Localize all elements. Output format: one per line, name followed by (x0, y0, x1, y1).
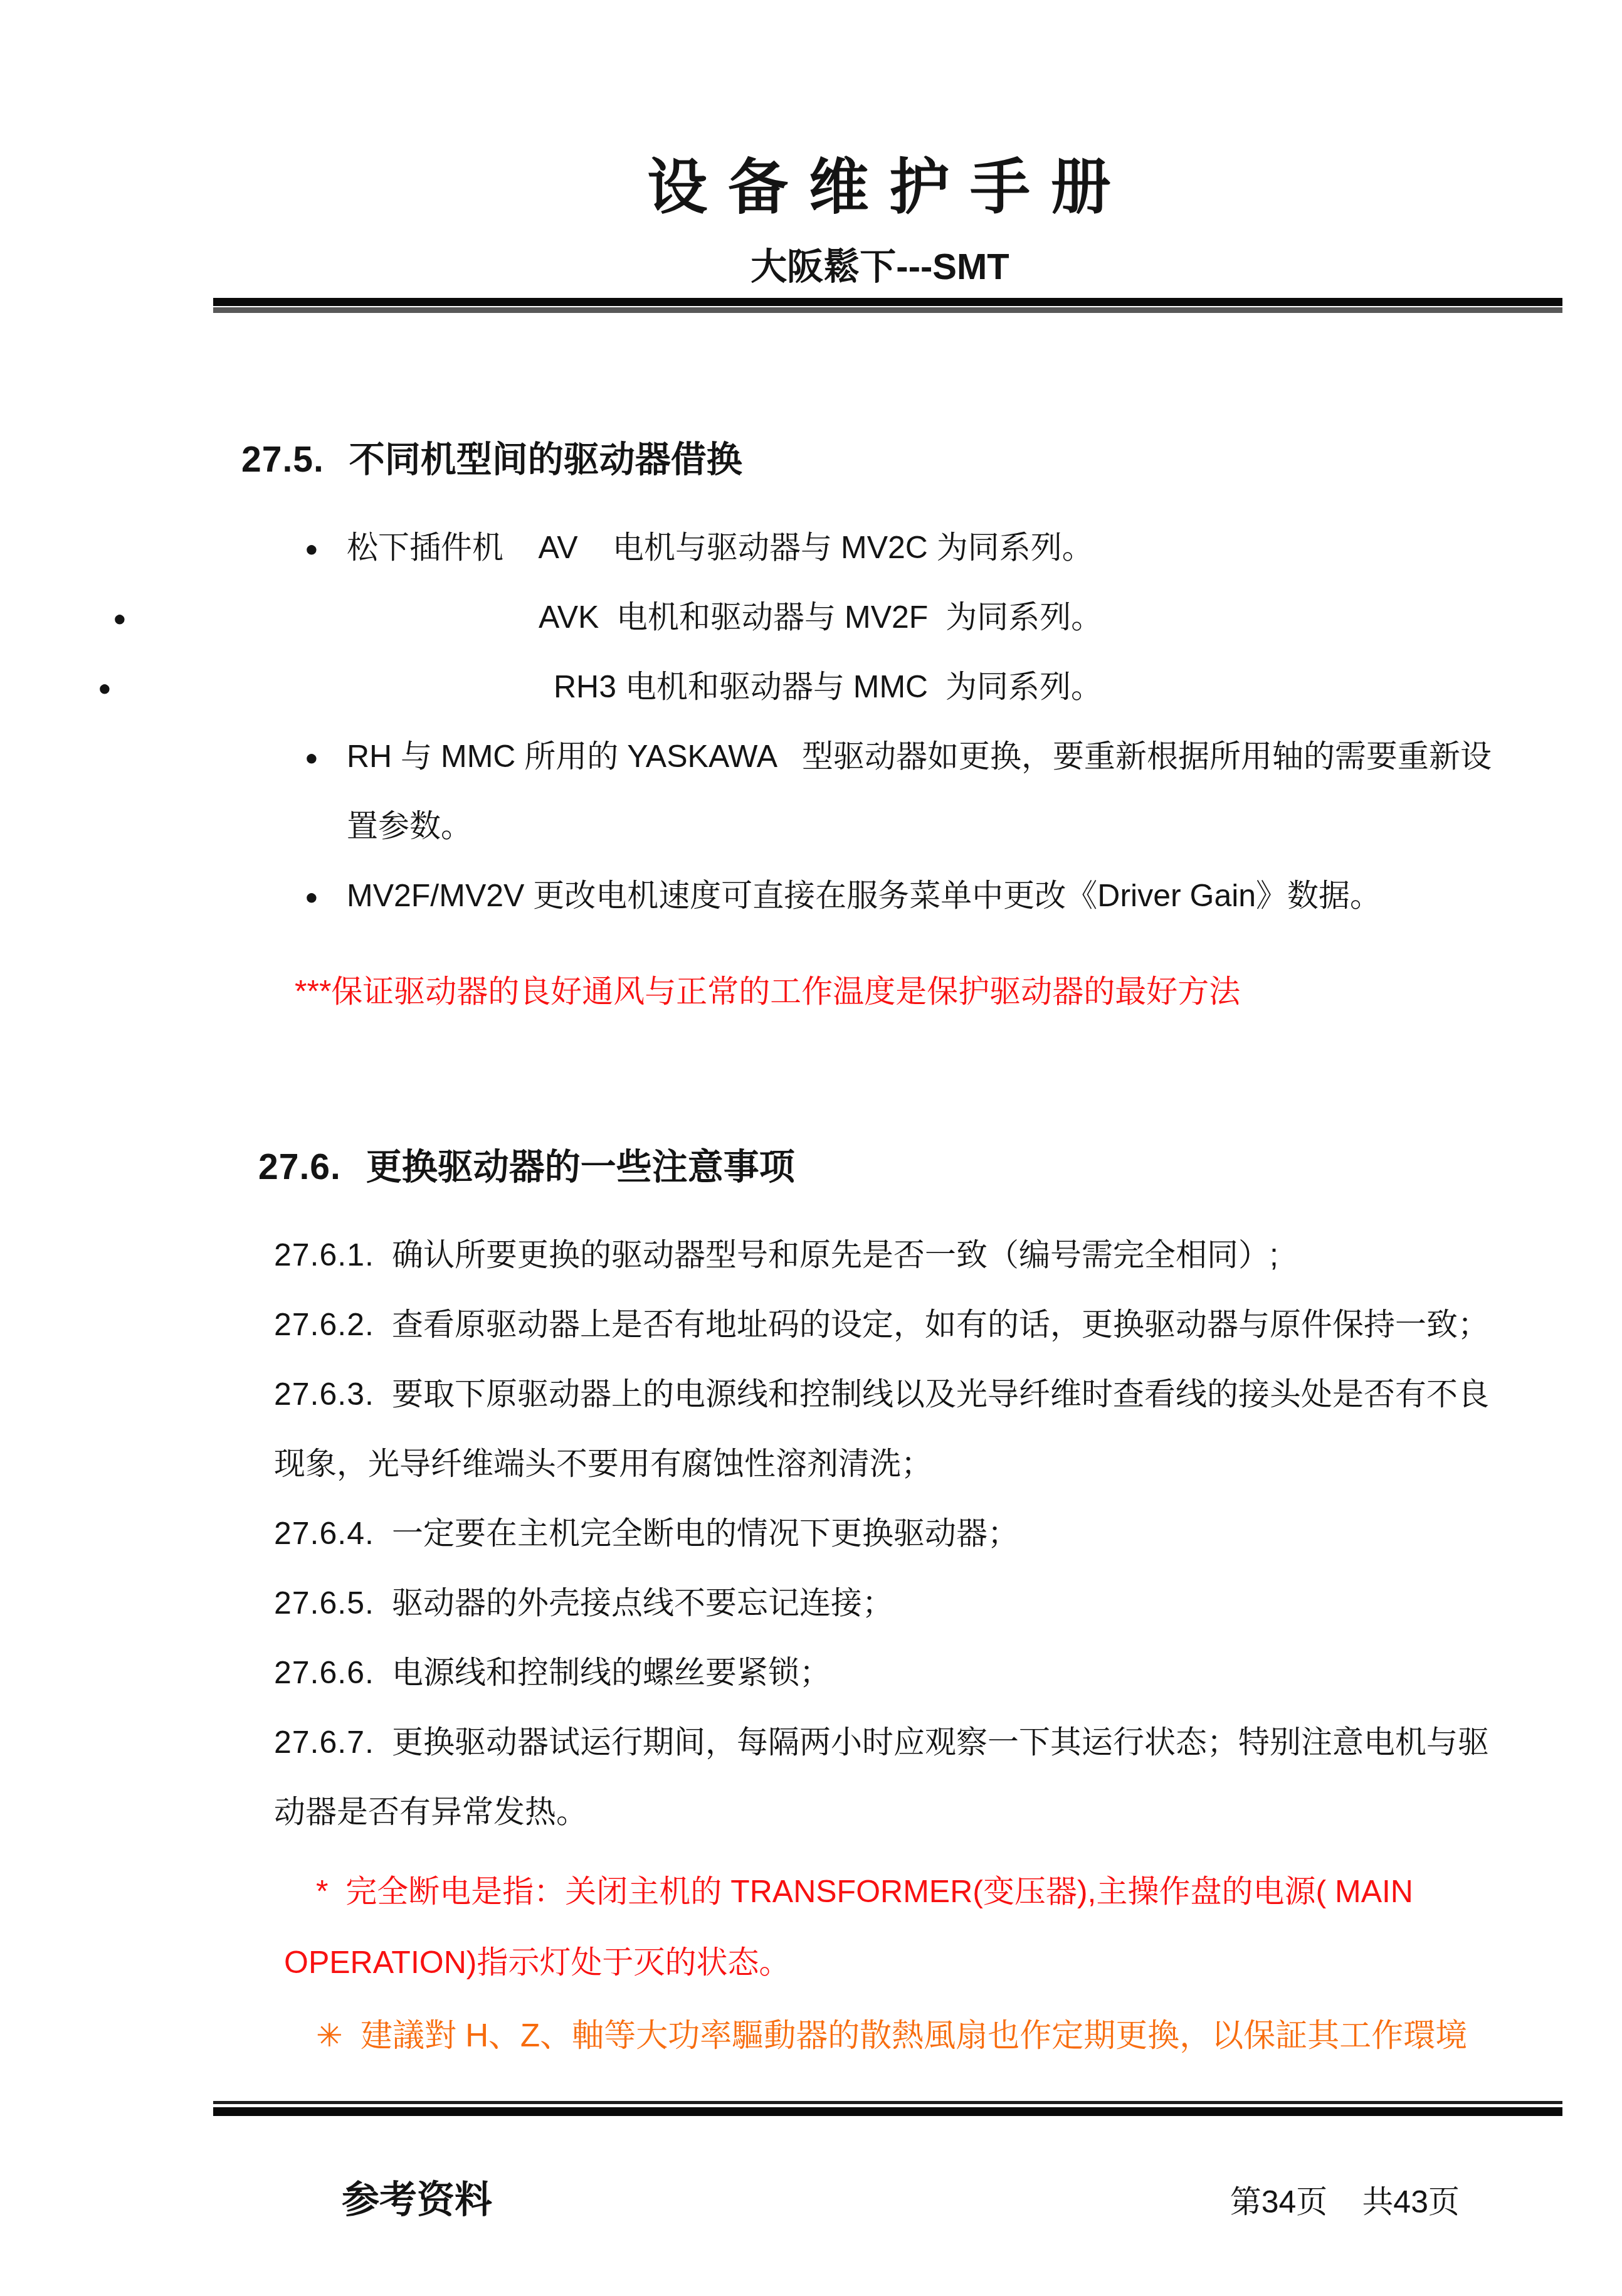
bullet-item: ● 松下插件机 AV 电机与驱动器与 MV2C 为同系列。 (347, 513, 1562, 583)
precaution-item: 27.6.3.要取下原驱动器上的电源线和控制线以及光导纤维时查看线的接头处是否有… (274, 1360, 1562, 1499)
item-text: 电源线和控制线的螺丝要紧锁； (392, 1655, 831, 1690)
precaution-item: 27.6.5.驱动器的外壳接点线不要忘记连接； (274, 1569, 1562, 1638)
bullet-marker: ● (305, 862, 319, 931)
item-text: 查看原驱动器上是否有地址码的设定，如有的话，更换驱动器与原件保持一致； (392, 1307, 1489, 1342)
item-line: 27.6.1.确认所要更换的驱动器型号和原先是否一致（编号需完全相同）; (274, 1220, 1562, 1290)
precaution-item: 27.6.2.查看原驱动器上是否有地址码的设定，如有的话，更换驱动器与原件保持一… (274, 1290, 1562, 1360)
footer-row: 参考资料 第34页共43页 (342, 2170, 1460, 2224)
bullet-marker: ● (305, 514, 319, 583)
item-number: 27.6.5. (274, 1585, 374, 1621)
item-line: 27.6.3.要取下原驱动器上的电源线和控制线以及光导纤维时查看线的接头处是否有… (274, 1360, 1562, 1429)
item-text: 更换驱动器试运行期间，每隔两小时应观察一下其运行状态；特别注意电机与驱 (392, 1725, 1489, 1760)
item-continuation: 动器是否有异常发热。 (274, 1777, 1562, 1847)
doc-header: 设 备 维 护 手 册 大阪鬆下---SMT (0, 0, 1622, 313)
bullet-text: RH3 电机和驱动器与 MMC 为同系列。 (554, 669, 1102, 704)
item-number: 27.6.1. (274, 1237, 374, 1272)
bullet-item: ● MV2F/MV2V 更改电机速度可直接在服务菜单中更改《Driver Gai… (347, 861, 1562, 931)
section-heading-27-5: 27.5.不同机型间的驱动器借换 (241, 435, 1622, 485)
item-number: 27.6.4. (274, 1516, 374, 1551)
item-text: 驱动器的外壳接点线不要忘记连接； (392, 1585, 893, 1621)
item-number: 27.6.2. (274, 1307, 374, 1342)
manual-page: 设 备 维 护 手 册 大阪鬆下---SMT 27.5.不同机型间的驱动器借换 … (0, 0, 1622, 2296)
orange-note-cooling-fan: ✳ 建議對 H、Z、軸等大功率驅動器的散熱風扇也作定期更換，以保証其工作環境 (316, 2001, 1562, 2070)
section-title: 更换驱动器的一些注意事项 (366, 1147, 795, 1187)
footer-page-number: 第34页 (1230, 2184, 1328, 2219)
footer-doc-type: 参考资料 (342, 2170, 492, 2224)
section-number: 27.6. (258, 1147, 341, 1187)
precaution-item: 27.6.4.一定要在主机完全断电的情况下更换驱动器； (274, 1499, 1562, 1569)
doc-body: 27.5.不同机型间的驱动器借换 ● 松下插件机 AV 电机与驱动器与 MV2C… (0, 435, 1622, 2070)
item-number: 27.6.7. (274, 1725, 374, 1760)
bullet-item: ● AVK 电机和驱动器与 MV2F 为同系列。 (347, 583, 1562, 652)
precaution-item: 27.6.7.更换驱动器试运行期间，每隔两小时应观察一下其运行状态；特别注意电机… (274, 1708, 1562, 1847)
red-note-power-off: * 完全断电是指：关闭主机的 TRANSFORMER(变压器),主操作盘的电源(… (284, 1856, 1562, 1998)
item-line: 27.6.2.查看原驱动器上是否有地址码的设定，如有的话，更换驱动器与原件保持一… (274, 1290, 1562, 1360)
page-footer: 参考资料 第34页共43页 (0, 2101, 1622, 2224)
section-title: 不同机型间的驱动器借换 (349, 440, 742, 480)
header-rule (213, 298, 1562, 313)
driver-swap-bullet-list: ● 松下插件机 AV 电机与驱动器与 MV2C 为同系列。 ● AVK 电机和驱… (347, 513, 1562, 931)
precaution-list: 27.6.1.确认所要更换的驱动器型号和原先是否一致（编号需完全相同）; 27.… (274, 1220, 1562, 1847)
section-number: 27.5. (241, 440, 324, 480)
item-text: 一定要在主机完全断电的情况下更换驱动器； (392, 1516, 1019, 1551)
item-line: 27.6.7.更换驱动器试运行期间，每隔两小时应观察一下其运行状态；特别注意电机… (274, 1708, 1562, 1777)
item-text: 要取下原驱动器上的电源线和控制线以及光导纤维时查看线的接头处是否有不良 (392, 1377, 1489, 1412)
precaution-item: 27.6.1.确认所要更换的驱动器型号和原先是否一致（编号需完全相同）; (274, 1220, 1562, 1290)
item-line: 27.6.6.电源线和控制线的螺丝要紧锁； (274, 1638, 1562, 1708)
bullet-marker: ● (305, 722, 319, 792)
item-line: 27.6.5.驱动器的外壳接点线不要忘记连接； (274, 1569, 1562, 1638)
footer-page-total: 共43页 (1362, 2184, 1460, 2219)
doc-subtitle: 大阪鬆下---SMT (0, 245, 1622, 289)
item-number: 27.6.6. (274, 1655, 374, 1690)
bullet-text-continuation: 置参数。 (347, 791, 1562, 861)
bullet-text: AVK 电机和驱动器与 MV2F 为同系列。 (539, 600, 1102, 635)
red-note-line: OPERATION)指示灯处于灭的状态。 (284, 1927, 1562, 1998)
bullet-marker: ● (98, 653, 112, 722)
bullet-text: MV2F/MV2V 更改电机速度可直接在服务菜单中更改《Driver Gain》… (347, 878, 1381, 913)
item-text: 确认所要更换的驱动器型号和原先是否一致（编号需完全相同）; (392, 1237, 1278, 1272)
footer-rule (213, 2101, 1562, 2116)
bullet-item: ● RH 与 MMC 所用的 YASKAWA 型驱动器如更换，要重新根据所用轴的… (347, 722, 1562, 861)
item-number: 27.6.3. (274, 1377, 374, 1412)
bullet-item: ● RH3 电机和驱动器与 MMC 为同系列。 (347, 652, 1562, 722)
bullet-marker: ● (113, 583, 127, 653)
precaution-item: 27.6.6.电源线和控制线的螺丝要紧锁； (274, 1638, 1562, 1708)
item-continuation: 现象，光导纤维端头不要用有腐蚀性溶剂清洗； (274, 1429, 1562, 1499)
red-note-line: * 完全断电是指：关闭主机的 TRANSFORMER(变压器),主操作盘的电源(… (284, 1856, 1562, 1927)
doc-title: 设 备 维 护 手 册 (0, 152, 1622, 223)
item-line: 27.6.4.一定要在主机完全断电的情况下更换驱动器； (274, 1499, 1562, 1569)
red-warning-ventilation: ***保证驱动器的良好通风与正常的工作温度是保护驱动器的最好方法 (295, 957, 1562, 1027)
bullet-text: 松下插件机 AV 电机与驱动器与 MV2C 为同系列。 (347, 530, 1093, 565)
section-heading-27-6: 27.6.更换驱动器的一些注意事项 (258, 1142, 1622, 1192)
bullet-text: RH 与 MMC 所用的 YASKAWA 型驱动器如更换，要重新根据所用轴的需要… (347, 722, 1562, 791)
footer-page-info: 第34页共43页 (1230, 2177, 1460, 2222)
